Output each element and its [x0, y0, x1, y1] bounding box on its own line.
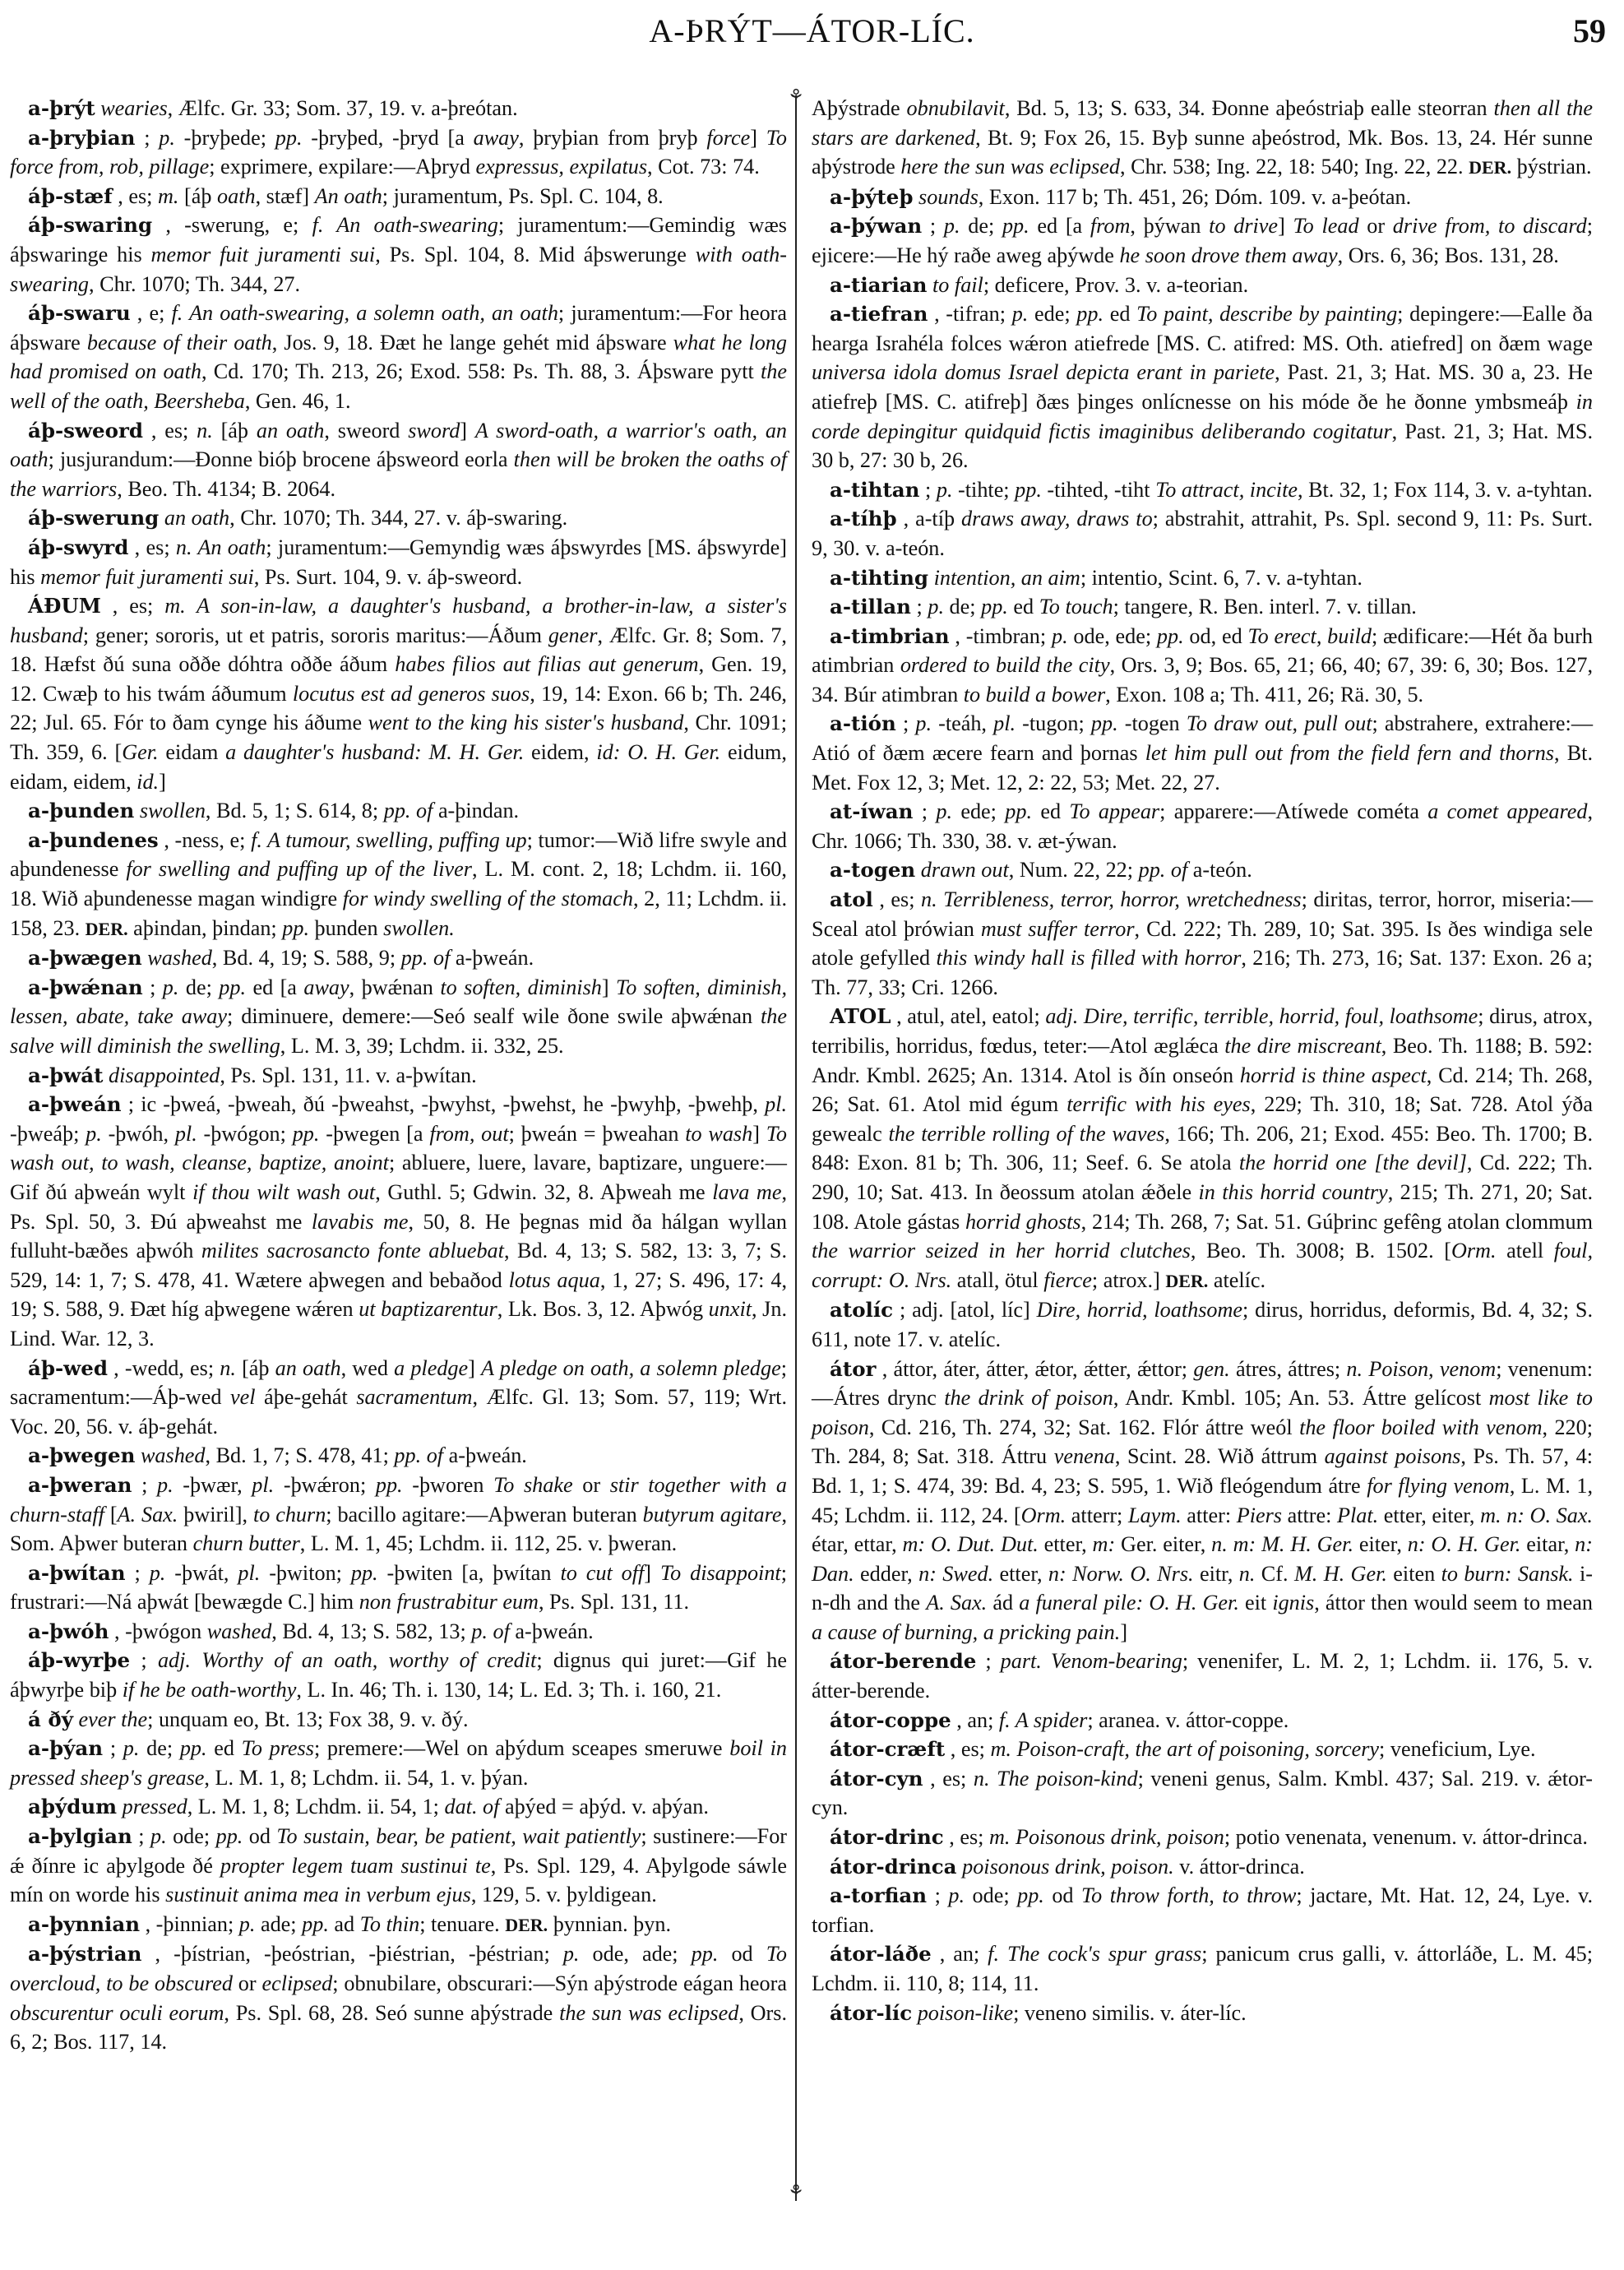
- entry-gloss: pp.: [302, 1912, 329, 1936]
- entry-text: ed [a: [246, 975, 303, 999]
- entry-gloss: ut baptizarentur: [359, 1297, 497, 1321]
- entry-headword: atolíc: [830, 1298, 893, 1322]
- entry-text: ;: [930, 214, 944, 238]
- entry-text: þynnian. þyn.: [548, 1912, 671, 1936]
- entry-text: , an;: [940, 1942, 988, 1966]
- entry-text: , -þístrian, -þeóstrian, -þiéstrian, -þé…: [155, 1942, 563, 1966]
- entry-text: -þwát,: [165, 1561, 238, 1585]
- entry-gloss: habes filios aut filias aut generum: [395, 652, 698, 676]
- entry-text: ed: [207, 1736, 242, 1760]
- entry-text: etter, eiter,: [1378, 1503, 1480, 1527]
- entry-gloss: n.: [220, 1356, 236, 1380]
- entry-text: [áþ: [213, 419, 257, 442]
- entry-gloss: Piers: [1237, 1503, 1282, 1527]
- entry-headword: a-þwóh: [28, 1619, 109, 1643]
- entry-headword: a-þýteþ: [830, 185, 913, 209]
- entry-headword: a-tihting: [830, 566, 928, 590]
- entry-gloss: horrid is thine aspect: [1240, 1063, 1427, 1087]
- entry-gloss: n. m: M. H. Ger.: [1211, 1532, 1353, 1556]
- entry-text: ]: [750, 126, 766, 150]
- entry-text: , Exon. 117 b; Th. 451, 26; Dóm. 109. v.…: [979, 185, 1411, 209]
- entry-gloss: pp.: [219, 975, 246, 999]
- entry-text: , Ælfc. Gr. 33; Som. 37, 19. v. a-þreóta…: [168, 96, 518, 120]
- entry-gloss: venena: [1054, 1444, 1115, 1468]
- entry-gloss: the terrible rolling of the waves: [889, 1122, 1165, 1146]
- dictionary-entry: áþ-swaru , e; f. An oath-swearing, a sol…: [10, 299, 787, 415]
- entry-headword: a-þryþian: [28, 126, 135, 150]
- entry-text: , Ps. Spl. 104, 8. Mid áþswerunge: [375, 243, 696, 266]
- entry-text: ; atrox.]: [1092, 1268, 1165, 1292]
- entry-text: , sweord: [324, 419, 408, 442]
- entry-gloss: pp.: [1017, 1883, 1044, 1907]
- entry-gloss: pp. of: [384, 799, 433, 822]
- entry-gloss: drive from, to discard: [1393, 214, 1587, 238]
- dictionary-entry: átor-berende ; part. Venom-bearing; vene…: [812, 1647, 1593, 1705]
- entry-headword: a-togen: [830, 858, 915, 882]
- dictionary-entry: a-þwǽnan ; p. de; pp. ed [a away, þwǽnan…: [10, 973, 787, 1061]
- entry-text: ed [a: [1029, 214, 1090, 238]
- entry-text: , Bd. 5, 1; S. 614, 8;: [206, 799, 384, 822]
- entry-gloss: pp.: [1015, 478, 1042, 502]
- entry-gloss: drawn out: [921, 858, 1009, 882]
- dictionary-entry: a-þwítan ; p. -þwát, pl. -þwiton; pp. -þ…: [10, 1559, 787, 1617]
- dictionary-entry: a-þylgian ; p. ode; pp. od To sustain, b…: [10, 1822, 787, 1910]
- dictionary-entry: atol , es; n. Terribleness, terror, horr…: [812, 885, 1593, 1002]
- entry-gloss: id: O. H. Ger.: [596, 740, 720, 764]
- entry-text: eitar,: [1520, 1532, 1575, 1556]
- entry-gloss: disappointed: [109, 1063, 220, 1087]
- entry-text: , Beo. Th. 3008; B. 1502. [: [1191, 1239, 1451, 1262]
- entry-text: , Bd. 4, 13; S. 582, 13;: [271, 1619, 471, 1643]
- entry-text: ]: [752, 1122, 766, 1146]
- entry-text: a-þweán.: [443, 1443, 527, 1467]
- entry-text: þwiril],: [178, 1503, 253, 1526]
- entry-text: ed: [1008, 595, 1039, 618]
- entry-headword: a-þweran: [28, 1473, 132, 1497]
- right-column: Aþýstrade obnubilavit, Bd. 5, 13; S. 633…: [812, 94, 1593, 2027]
- dictionary-entry: Aþýstrade obnubilavit, Bd. 5, 13; S. 633…: [812, 94, 1593, 183]
- entry-gloss: an oath: [257, 419, 325, 442]
- entry-gloss: sword: [408, 419, 460, 442]
- dictionary-entry: a-þweán ; ic -þweá, -þweah, ðú -þweahst,…: [10, 1090, 787, 1353]
- entry-text: ad: [329, 1912, 360, 1936]
- entry-headword: átor-drinca: [830, 1855, 957, 1879]
- entry-text: , a-tíþ: [904, 507, 961, 530]
- entry-text: od, ed: [1184, 624, 1248, 648]
- dictionary-entry: átor-líc poison-like; veneno similis. v.…: [812, 1999, 1593, 2028]
- entry-text: , an;: [956, 1708, 999, 1732]
- entry-gloss: eclipsed: [261, 1971, 332, 1995]
- entry-text: -þworen: [403, 1473, 494, 1497]
- dictionary-entry: a-togen drawn out, Num. 22, 22; pp. of a…: [812, 855, 1593, 885]
- entry-text: , Cd. 216, Th. 274, 32; Sat. 162. Flór á…: [869, 1415, 1299, 1439]
- entry-text: , Bd. 5, 13; S. 633, 34. Ðonne aþeóstria…: [1005, 96, 1494, 120]
- entry-text: eiter,: [1353, 1532, 1408, 1556]
- entry-text: , Chr. 1070; Th. 344, 27.: [89, 272, 300, 296]
- entry-text: , Cot. 73: 74.: [647, 155, 760, 178]
- entry-gloss: washed: [207, 1619, 272, 1643]
- entry-gloss: to cut off: [560, 1561, 644, 1585]
- entry-text: eidem,: [524, 740, 596, 764]
- entry-text: v. áttor-drinca.: [1174, 1855, 1305, 1879]
- entry-gloss: for flying venom: [1367, 1474, 1510, 1498]
- entry-gloss: pp.: [216, 1824, 243, 1848]
- entry-text: ; diminuere, demere:—Seó sealf wile ðone…: [227, 1004, 761, 1028]
- entry-gloss: Laym.: [1128, 1503, 1182, 1527]
- dictionary-entry: a-tihtan ; p. -tihte; pp. -tihted, -tiht…: [812, 475, 1593, 505]
- entry-headword: a-tión: [830, 711, 896, 735]
- dictionary-entry: áþ-wyrþe ; adj. Worthy of an oath, worth…: [10, 1646, 787, 1704]
- entry-text: ede;: [952, 799, 1005, 823]
- entry-text: ]: [602, 975, 616, 999]
- entry-text: a-þindan.: [433, 799, 519, 822]
- entry-gloss: ordered to build the city: [900, 653, 1110, 677]
- entry-headword: á ðý: [28, 1707, 73, 1731]
- entry-text: ade;: [255, 1912, 302, 1936]
- entry-text: ;: [141, 1473, 157, 1497]
- entry-gloss: pp.: [692, 1942, 719, 1966]
- entry-headword: atol: [830, 887, 873, 911]
- dictionary-entry: at-íwan ; p. ede; pp. ed To appear; appa…: [812, 797, 1593, 855]
- entry-gloss: f. An oath-swearing: [312, 213, 498, 237]
- entry-text: ode;: [965, 1883, 1017, 1907]
- entry-text: , -ness, e;: [164, 828, 251, 852]
- entry-text: -tihted, -tiht: [1042, 478, 1155, 502]
- entry-text: , wed: [341, 1356, 395, 1380]
- entry-gloss: To appear: [1069, 799, 1159, 823]
- entry-gloss: p.: [948, 1883, 965, 1907]
- dictionary-entry: a-tillan ; p. de; pp. ed To touch; tange…: [812, 592, 1593, 622]
- entry-text: , 214; Th. 268, 7; Sat. 51. Gúþrinc gefê…: [1081, 1210, 1593, 1234]
- entry-gloss: p.: [157, 1473, 174, 1497]
- entry-text: ; juramentum, Ps. Spl. C. 104, 8.: [382, 184, 664, 208]
- entry-gloss: To throw forth, to throw: [1081, 1883, 1296, 1907]
- entry-gloss: pp. of: [401, 946, 451, 970]
- entry-headword: at-íwan: [830, 799, 913, 823]
- entry-gloss: for swelling and puffing up of the liver: [126, 857, 472, 881]
- dictionary-entry: a-þýteþ sounds, Exon. 117 b; Th. 451, 26…: [812, 183, 1593, 212]
- entry-gloss: m: O. Dut. Dut.: [902, 1532, 1038, 1556]
- entry-gloss: a cause of burning, a pricking pain.: [812, 1620, 1120, 1644]
- entry-text: ode, ade;: [579, 1942, 691, 1966]
- entry-text: [áþ: [178, 184, 217, 208]
- entry-text: , Bd. 1, 7; S. 478, 41;: [206, 1443, 395, 1467]
- entry-gloss: swollen: [140, 799, 206, 822]
- entry-headword: a-þundenes: [28, 828, 159, 852]
- entry-text: -teáh,: [932, 711, 993, 735]
- entry-text: , þýwan: [1130, 214, 1209, 238]
- entry-text: Cf.: [1255, 1562, 1294, 1586]
- entry-derivation-label: DER.: [1165, 1271, 1208, 1291]
- entry-gloss: To attract, incite: [1155, 478, 1298, 502]
- entry-gloss: pl.: [993, 711, 1016, 735]
- entry-text: ;: [138, 1824, 150, 1848]
- entry-text: -þwǽron;: [274, 1473, 376, 1497]
- dictionary-entry: áþ-swerung an oath, Chr. 1070; Th. 344, …: [10, 503, 787, 533]
- dictionary-entry: a-þrýt wearies, Ælfc. Gr. 33; Som. 37, 1…: [10, 94, 787, 123]
- entry-gloss: p. of: [471, 1619, 510, 1643]
- entry-text: , Cd. 170; Th. 213, 26; Exod. 558: Ps. T…: [201, 359, 761, 383]
- entry-headword: a-þwǽnan: [28, 975, 143, 999]
- entry-text: -þweáþ;: [10, 1122, 86, 1146]
- entry-headword: áþ-wyrþe: [28, 1648, 130, 1672]
- entry-gloss: p.: [936, 799, 952, 823]
- entry-gloss: pl.: [175, 1122, 197, 1146]
- entry-headword: a-tiefran: [830, 302, 928, 326]
- entry-text: , -þinnian;: [146, 1912, 239, 1936]
- entry-text: ]: [1278, 214, 1293, 238]
- entry-text: , Ps. Spl. 131, 11.: [539, 1590, 689, 1614]
- entry-text: ;: [935, 1883, 949, 1907]
- entry-gloss: draws away, draws to: [961, 507, 1153, 530]
- entry-text: , es;: [951, 1737, 991, 1761]
- dictionary-entry: áþ-swyrd , es; n. An oath; juramentum:—G…: [10, 533, 787, 591]
- entry-text: or: [1359, 214, 1393, 238]
- entry-text: edder,: [854, 1562, 918, 1586]
- entry-text: atelíc.: [1208, 1268, 1265, 1292]
- entry-text: atter:: [1182, 1503, 1237, 1527]
- entry-text: , atul, atel, eatol;: [896, 1004, 1045, 1028]
- entry-text: ád: [987, 1591, 1019, 1614]
- entry-text: , Gen. 46, 1.: [245, 389, 351, 413]
- dictionary-entry: a-þundenes , -ness, e; f. A tumour, swel…: [10, 826, 787, 943]
- entry-gloss: he soon drove them away: [1119, 243, 1337, 267]
- entry-text: ; intentio, Scint. 6, 7. v. a-tyhtan.: [1080, 566, 1363, 590]
- entry-gloss: p.: [239, 1912, 256, 1936]
- entry-text: ]: [468, 1356, 481, 1380]
- entry-gloss: ignis: [1272, 1591, 1314, 1614]
- entry-text: ; apparere:—Atíwede cométa: [1159, 799, 1427, 823]
- entry-text: atell: [1497, 1239, 1554, 1262]
- entry-gloss: the dire miscreant: [1224, 1034, 1381, 1058]
- entry-gloss: an oath: [275, 1356, 341, 1380]
- entry-text: ; aranea. v. áttor-coppe.: [1087, 1708, 1289, 1732]
- entry-gloss: n: O. H. Ger.: [1408, 1532, 1521, 1556]
- entry-text: , stæf]: [256, 184, 315, 208]
- entry-text: , L. M. 1, 8; Lchdm. ii. 54, 1. v. þýan.: [204, 1766, 528, 1790]
- entry-gloss: To sustain, bear, be patient, wait patie…: [276, 1824, 641, 1848]
- entry-gloss: non frustrabitur eum: [359, 1590, 539, 1614]
- entry-text: étar, ettar,: [812, 1532, 902, 1556]
- entry-text: -tugon;: [1016, 711, 1091, 735]
- dictionary-entry: átor-drinca poisonous drink, poison. v. …: [812, 1852, 1593, 1882]
- entry-text: -togen: [1118, 711, 1187, 735]
- entry-headword: áþ-stæf: [28, 184, 113, 208]
- entry-gloss: sustinuit anima mea in verbum ejus: [165, 1883, 471, 1906]
- dictionary-entry: áþ-stæf , es; m. [áþ oath, stæf] An oath…: [10, 182, 787, 211]
- entry-gloss: this windy hall is filled with horror: [937, 946, 1242, 970]
- entry-text: ; adj. [atol, líc]: [900, 1298, 1037, 1322]
- entry-headword: a-tillan: [830, 595, 911, 618]
- entry-text: ; bacillo agitare:—Aþweran buteran: [326, 1503, 642, 1526]
- entry-gloss: n: Swed.: [918, 1562, 993, 1586]
- entry-gloss: sounds: [918, 185, 979, 209]
- entry-headword: a-þýan: [28, 1736, 103, 1760]
- entry-gloss: f. An oath-swearing, a solemn oath, an o…: [172, 301, 558, 325]
- entry-gloss: the warrior seized in her horrid clutche…: [812, 1239, 1191, 1262]
- entry-text: ; ic -þweá, -þweah, ðú -þweahst, -þwyhst…: [128, 1092, 765, 1116]
- entry-gloss: adj. Worthy of an oath, worthy of credit: [158, 1648, 536, 1672]
- entry-gloss: To lead: [1293, 214, 1359, 238]
- entry-text: , -swerung, e;: [165, 213, 312, 237]
- entry-gloss: a funeral pile: O. H. Ger.: [1019, 1591, 1239, 1614]
- entry-text: a-teón.: [1187, 858, 1252, 882]
- entry-gloss: propter legem tuam sustinui te: [220, 1854, 491, 1878]
- entry-headword: áþ-swaring: [28, 213, 152, 237]
- dictionary-entry: a-þunden swollen, Bd. 5, 1; S. 614, 8; p…: [10, 796, 787, 826]
- dictionary-entry: a-þýan ; p. de; pp. ed To press; premere…: [10, 1734, 787, 1792]
- entry-gloss: horrid ghosts: [965, 1210, 1081, 1234]
- entry-text: ; gener; sororis, ut et patris, sororis …: [83, 623, 548, 647]
- entry-text: , Lk. Bos. 3, 12. Aþwóg: [497, 1297, 709, 1321]
- entry-gloss: n.: [197, 419, 213, 442]
- entry-gloss: pl.: [765, 1092, 787, 1116]
- entry-text: -þwóh,: [102, 1122, 175, 1146]
- entry-gloss: f. A tumour, swelling, puffing up: [251, 828, 527, 852]
- entry-gloss: to soften, diminish: [440, 975, 602, 999]
- entry-gloss: pp. of: [1139, 858, 1188, 882]
- dictionary-entry: a-tiefran , -tifran; p. ede; pp. ed To p…: [812, 299, 1593, 475]
- entry-gloss: m. Poisonous drink, poison: [989, 1825, 1224, 1849]
- entry-gloss: obscurentur oculi eorum: [10, 2001, 224, 2025]
- entry-headword: átor: [830, 1357, 876, 1381]
- column-divider: [795, 95, 797, 2201]
- entry-text: -þwær,: [174, 1473, 252, 1497]
- entry-gloss: the floor boiled with venom: [1299, 1415, 1542, 1439]
- entry-gloss: pl.: [238, 1561, 260, 1585]
- entry-gloss: memor fuit juramenti sui: [40, 565, 254, 589]
- entry-text: ; unquam eo, Bt. 13; Fox 38, 9. v. ðý.: [147, 1707, 468, 1731]
- entry-derivation-label: DER.: [505, 1915, 548, 1935]
- dictionary-entry: áþ-swaring , -swerung, e; f. An oath-swe…: [10, 211, 787, 299]
- entry-gloss: universa idola domus Israel depicta eran…: [812, 360, 1275, 384]
- entry-text: ; jusjurandum:—Ðonne bióþ brocene áþsweo…: [49, 447, 514, 471]
- entry-text: ; tangere, R. Ben. interl. 7. v. tillan.: [1113, 595, 1417, 618]
- entry-gloss: poison-like: [918, 2001, 1013, 2025]
- dictionary-entry: atolíc ; adj. [atol, líc] Dire, horrid, …: [812, 1295, 1593, 1354]
- entry-gloss: for windy swelling of the stomach: [343, 887, 633, 910]
- entry-gloss: A pledge on oath, a solemn pledge: [481, 1356, 781, 1380]
- entry-gloss: pp.: [282, 916, 309, 940]
- entry-text: eiten: [1387, 1562, 1441, 1586]
- entry-gloss: poisonous drink, poison.: [962, 1855, 1174, 1879]
- entry-text: áþe-gehát: [256, 1385, 357, 1409]
- entry-gloss: washed: [147, 946, 212, 970]
- entry-gloss: pl.: [252, 1473, 274, 1497]
- left-column: a-þrýt wearies, Ælfc. Gr. 33; Som. 37, 1…: [10, 94, 787, 2057]
- entry-text: ]: [159, 770, 166, 794]
- entry-gloss: To touch: [1039, 595, 1113, 618]
- entry-gloss: Orm.: [1021, 1503, 1066, 1527]
- entry-text: -þwiten [a, þwítan: [378, 1561, 561, 1585]
- entry-gloss: terrific with his eyes: [1066, 1092, 1250, 1116]
- entry-gloss: obnubilavit: [907, 96, 1005, 120]
- entry-text: Aþýstrade: [812, 96, 907, 120]
- entry-headword: átor-líc: [830, 2001, 912, 2025]
- entry-text: , Num. 22, 22;: [1009, 858, 1139, 882]
- entry-gloss: lotus aqua: [509, 1268, 600, 1292]
- entry-text: , Jos. 9, 18. Ðæt he lange gehét mid áþs…: [272, 331, 673, 354]
- entry-text: , Bd. 4, 19; S. 588, 9;: [212, 946, 401, 970]
- entry-gloss: m. Poison-craft, the art of poisoning, s…: [990, 1737, 1379, 1761]
- entry-headword: a-þýwan: [830, 214, 922, 238]
- entry-text: , L. M. 1, 8; Lchdm. ii. 54, 1;: [187, 1795, 445, 1818]
- dictionary-entry: ATOL , atul, atel, eatol; adj. Dire, ter…: [812, 1002, 1593, 1295]
- dictionary-entry: áþ-sweord , es; n. [áþ an oath, sweord s…: [10, 416, 787, 504]
- entry-text: -þwiton;: [260, 1561, 351, 1585]
- entry-headword: átor-cræft: [830, 1737, 945, 1761]
- entry-gloss: n. Poison, venom: [1346, 1357, 1496, 1381]
- entry-gloss: the horrid one [the devil]: [1239, 1151, 1467, 1174]
- entry-gloss: from: [1090, 214, 1131, 238]
- page-header: A-ÞRÝT—ÁTOR-LÍC. 59: [0, 0, 1624, 74]
- entry-gloss: butyrum agitare: [643, 1503, 782, 1526]
- entry-gloss: m. n: O. Sax.: [1480, 1503, 1593, 1527]
- dictionary-entry: átor-drinc , es; m. Poisonous drink, poi…: [812, 1823, 1593, 1852]
- entry-headword: áþ-swerung: [28, 506, 159, 530]
- dictionary-entry: a-þynnian , -þinnian; p. ade; pp. ad To …: [10, 1910, 787, 1940]
- entry-text: ;: [925, 478, 937, 502]
- entry-headword: átor-cyn: [830, 1767, 923, 1791]
- entry-gloss: pp.: [351, 1561, 378, 1585]
- dictionary-entry: átor-cræft , es; m. Poison-craft, the ar…: [812, 1735, 1593, 1764]
- entry-gloss: To disappoint: [660, 1561, 781, 1585]
- entry-text: , Ps. Surt. 104, 9. v. áþ-sweord.: [254, 565, 522, 589]
- entry-gloss: Dire, horrid, loathsome: [1037, 1298, 1242, 1322]
- entry-text: ed: [1103, 302, 1136, 326]
- entry-gloss: intention, an aim: [934, 566, 1080, 590]
- entry-text: , -þwógon: [114, 1619, 207, 1643]
- entry-headword: a-þýstrian: [28, 1942, 141, 1966]
- entry-gloss: from, out: [429, 1122, 508, 1146]
- entry-text: þýstrian.: [1511, 155, 1591, 178]
- entry-headword: áþ-swaru: [28, 301, 131, 325]
- entry-text: , þwǽnan: [349, 975, 441, 999]
- entry-gloss: n. Terribleness, terror, horror, wretche…: [921, 887, 1302, 911]
- entry-text: , Chr. 1070; Th. 344, 27. v. áþ-swaring.: [229, 506, 567, 530]
- entry-headword: ÁÐUM: [28, 594, 101, 618]
- entry-headword: a-þynnian: [28, 1912, 140, 1936]
- entry-text: , es;: [118, 184, 158, 208]
- entry-text: -þwógon;: [197, 1122, 293, 1146]
- entry-gloss: pp.: [376, 1473, 403, 1497]
- entry-text: , es;: [135, 535, 176, 559]
- entry-text: ;: [150, 975, 163, 999]
- dictionary-entry: a-tiarian to fail; deficere, Prov. 3. v.…: [812, 271, 1593, 300]
- entry-gloss: lava me: [712, 1180, 781, 1204]
- entry-text: , es;: [879, 887, 921, 911]
- entry-headword: a-þweán: [28, 1092, 122, 1116]
- entry-gloss: memor fuit juramenti sui: [151, 243, 376, 266]
- dictionary-entry: a-þwegen washed, Bd. 1, 7; S. 478, 41; p…: [10, 1441, 787, 1471]
- entry-text: ;: [110, 1736, 123, 1760]
- entry-text: de;: [178, 975, 219, 999]
- entry-headword: áþ-wed: [28, 1356, 108, 1380]
- entry-gloss: p.: [563, 1942, 580, 1966]
- entry-gloss: A. Sax.: [926, 1591, 987, 1614]
- entry-gloss: n. The poison-kind: [974, 1767, 1138, 1791]
- dictionary-entry: a-þweran ; p. -þwær, pl. -þwǽron; pp. -þ…: [10, 1471, 787, 1559]
- entry-text: , -timbran;: [955, 624, 1052, 648]
- entry-gloss: churn butter: [193, 1531, 300, 1555]
- entry-gloss: milites sacrosancto fonte abluebat: [201, 1239, 504, 1262]
- entry-gloss: pressed: [123, 1795, 187, 1818]
- entry-headword: a-þylgian: [28, 1824, 132, 1848]
- entry-headword: a-torfian: [830, 1883, 927, 1907]
- entry-headword: átor-drinc: [830, 1825, 944, 1849]
- entry-gloss: p.: [1052, 624, 1068, 648]
- entry-gloss: gener: [548, 623, 598, 647]
